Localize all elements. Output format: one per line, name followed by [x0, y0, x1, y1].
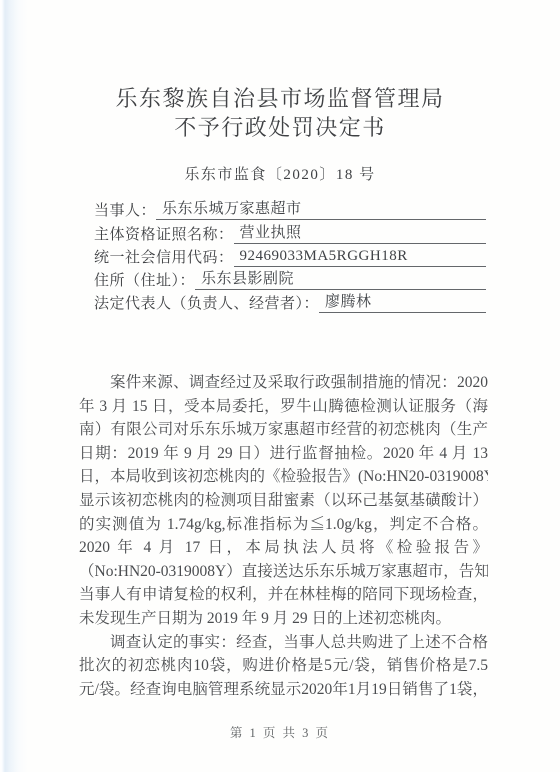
field-row-credit-code: 统一社会信用代码： 92469033MA5RGGH18R [94, 244, 486, 267]
field-value: 92469033MA5RGGH18R [234, 248, 486, 267]
field-row-license-name: 主体资格证照名称： 营业执照 [94, 220, 486, 243]
field-value: 乐东县影剧院 [195, 267, 486, 290]
field-label: 法定代表人（负责人、经营者）： [94, 292, 319, 313]
field-row-legal-representative: 法定代表人（负责人、经营者）： 廖腾林 [94, 290, 486, 313]
document-body: 案件来源、调查经过及采取行政强制措施的情况：2020 年 3 月 15 日，受本… [79, 371, 488, 701]
body-line: 南）有限公司对乐东乐城万家惠超市经营的初恋桃肉（生产 [79, 418, 488, 442]
body-line: 2020 年 4 月 17 日，本局执法人员将《检验报告》 [79, 536, 488, 560]
page-footer: 第 1 页 共 3 页 [0, 723, 560, 741]
field-row-address: 住所（住址）： 乐东县影剧院 [94, 267, 486, 290]
document-page: 乐东黎族自治县市场监督管理局 不予行政处罚决定书 乐东市监食〔2020〕18 号… [0, 0, 560, 772]
body-line: 的实测值为 1.74g/kg,标准指标为≦1.0g/kg，判定不合格。 [79, 513, 488, 537]
body-line: （No:HN20-0319008Y）直接送达乐东乐城万家惠超市，告知 [79, 560, 488, 584]
field-label: 当事人： [94, 199, 156, 220]
field-row-party: 当事人： 乐东乐城万家惠超市 [94, 197, 486, 220]
document-title-line1: 乐东黎族自治县市场监督管理局 [0, 84, 560, 113]
body-line: 批次的初恋桃肉10袋，购进价格是5元/袋，销售价格是7.5 [79, 654, 488, 678]
party-info-section: 当事人： 乐东乐城万家惠超市 主体资格证照名称： 营业执照 统一社会信用代码： … [94, 197, 486, 313]
body-line: 案件来源、调查经过及采取行政强制措施的情况：2020 [79, 371, 488, 395]
body-line: 当事人有申请复检的权利，并在林桂梅的陪同下现场检查， [79, 583, 488, 607]
body-line: 日期：2019 年 9 月 29 日）进行监督抽检。2020 年 4 月 13 [79, 442, 488, 466]
body-line: 日，本局收到该初恋桃肉的《检验报告》(No:HN20-0319008Y)， [79, 465, 488, 489]
field-value: 乐东乐城万家惠超市 [156, 197, 486, 220]
field-label: 住所（住址）： [94, 269, 195, 290]
document-title: 乐东黎族自治县市场监督管理局 不予行政处罚决定书 [0, 84, 560, 142]
field-value: 廖腾林 [319, 290, 486, 313]
field-label: 主体资格证照名称： [94, 223, 234, 244]
document-title-line2: 不予行政处罚决定书 [0, 113, 560, 142]
body-line: 调查认定的事实：经查，当事人总共购进了上述不合格 [79, 631, 488, 655]
body-line: 元/袋。经查询电脑管理系统显示2020年1月19日销售了1袋， [79, 678, 488, 702]
body-line: 显示该初恋桃肉的检测项目甜蜜素（以环己基氨基磺酸计） [79, 489, 488, 513]
body-line: 年 3 月 15 日，受本局委托，罗牛山腾德检测认证服务（海 [79, 395, 488, 419]
field-label: 统一社会信用代码： [94, 246, 234, 267]
field-value: 营业执照 [234, 221, 486, 244]
body-line: 未发现生产日期为 2019 年 9 月 29 日的上述初恋桃肉。 [79, 607, 488, 631]
document-number: 乐东市监食〔2020〕18 号 [0, 163, 560, 184]
